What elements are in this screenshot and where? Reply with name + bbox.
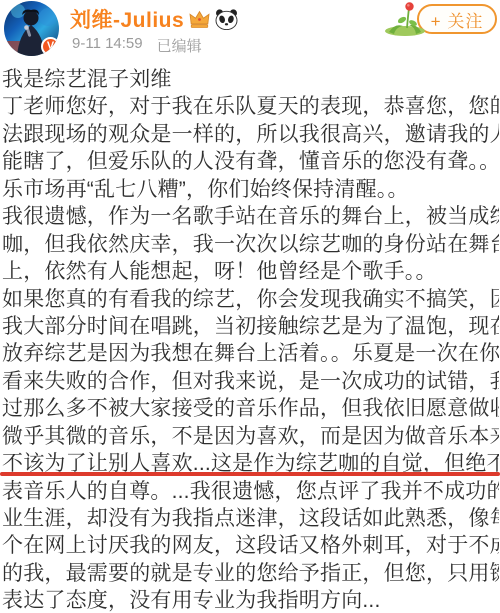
post-line: 我是综艺混子刘维 <box>2 66 499 93</box>
post-line: 微乎其微的音乐，不是因为喜欢，而是因为做音乐本来就 <box>2 423 499 450</box>
post-header: V 刘维-Julius 9-11 14:59 已编辑 <box>0 0 500 62</box>
username[interactable]: 刘维-Julius <box>70 4 184 34</box>
red-underline-annotation <box>0 472 500 476</box>
post-line: 能瞎了，但爱乐队的人没有聋，懂音乐的您没有聋。。音 <box>2 148 499 175</box>
post-line: 上，依然有人能想起，呀！他曾经是个歌手。。 <box>2 258 499 285</box>
post-line: 看来失败的合作，但对我来说，是一次成功的试错，我有 <box>2 368 499 395</box>
post-line: 丁老师您好，对于我在乐队夏天的表现，恭喜您，您的看 <box>2 93 499 120</box>
post-line: 表音乐人的自尊。...我很遗憾，您点评了我并不成功的职 <box>2 478 499 505</box>
flower-plant-decoration <box>383 0 439 41</box>
post-line: 表达了态度，没有用专业为我指明方向... <box>2 587 499 613</box>
post-line: 放弃综艺是因为我想在舞台上活着。。乐夏是一次在你们 <box>2 340 499 367</box>
post-timestamp: 9-11 14:59 <box>72 35 143 56</box>
post-line: 我大部分时间在唱跳，当初接触综艺是为了温饱，现在不 <box>2 313 499 340</box>
post-line: 过那么多不被大家接受的音乐作品，但我依旧愿意做收入 <box>2 395 499 422</box>
post-line: 业生涯，却没有为我指点迷津，这段话如此熟悉，像每一 <box>2 505 499 532</box>
post-text: 我是综艺混子刘维 丁老师您好，对于我在乐队夏天的表现，恭喜您，您的看 法跟现场的… <box>2 66 499 613</box>
post-line: 的我，最需要的就是专业的您给予指正，但您，只用键盘 <box>2 560 499 587</box>
edited-label: 已编辑 <box>157 35 202 56</box>
crown-icon <box>189 10 210 29</box>
post-line: 乐市场再“乱七八糟”，你们始终保持清醒。。 <box>2 176 499 203</box>
post-line: 咖，但我依然庆幸，我一次次以综艺咖的身份站在舞台 <box>2 231 499 258</box>
post-line: 个在网上讨厌我的网友，这段话又格外刺耳，对于不成功 <box>2 532 499 559</box>
post-line: 我很遗憾，作为一名歌手站在音乐的舞台上，被当成综艺 <box>2 203 499 230</box>
verified-v-badge: V <box>41 37 59 56</box>
post-line: 法跟现场的观众是一样的，所以我很高兴，邀请我的人可 <box>2 121 499 148</box>
avatar[interactable]: V <box>4 1 59 56</box>
panda-icon <box>215 9 238 30</box>
post-line: 如果您真的有看我的综艺，你会发现我确实不搞笑，因为 <box>2 286 499 313</box>
